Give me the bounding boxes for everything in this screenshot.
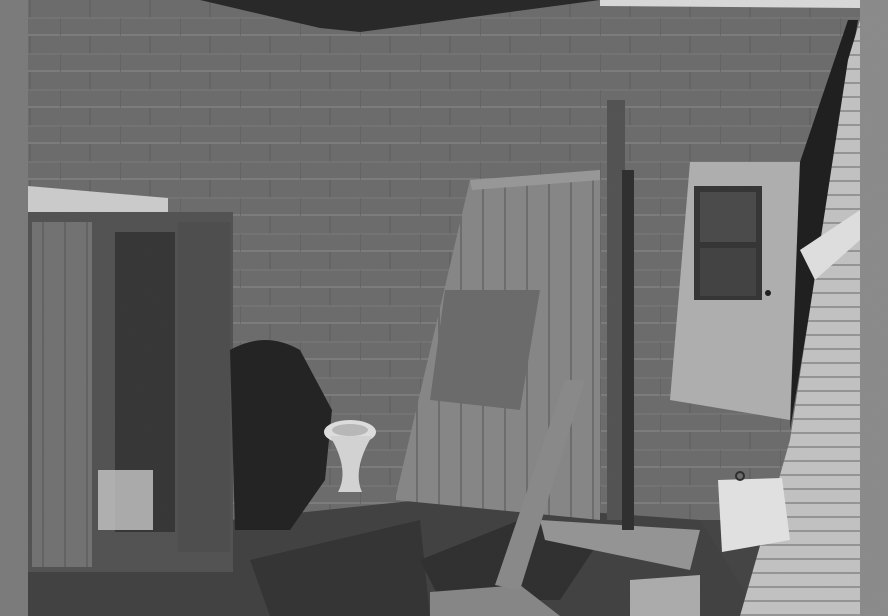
left-border	[0, 0, 28, 616]
right-border	[860, 0, 888, 616]
film-grain	[28, 0, 860, 616]
room-photo	[0, 0, 888, 616]
photo-frame	[0, 0, 888, 616]
